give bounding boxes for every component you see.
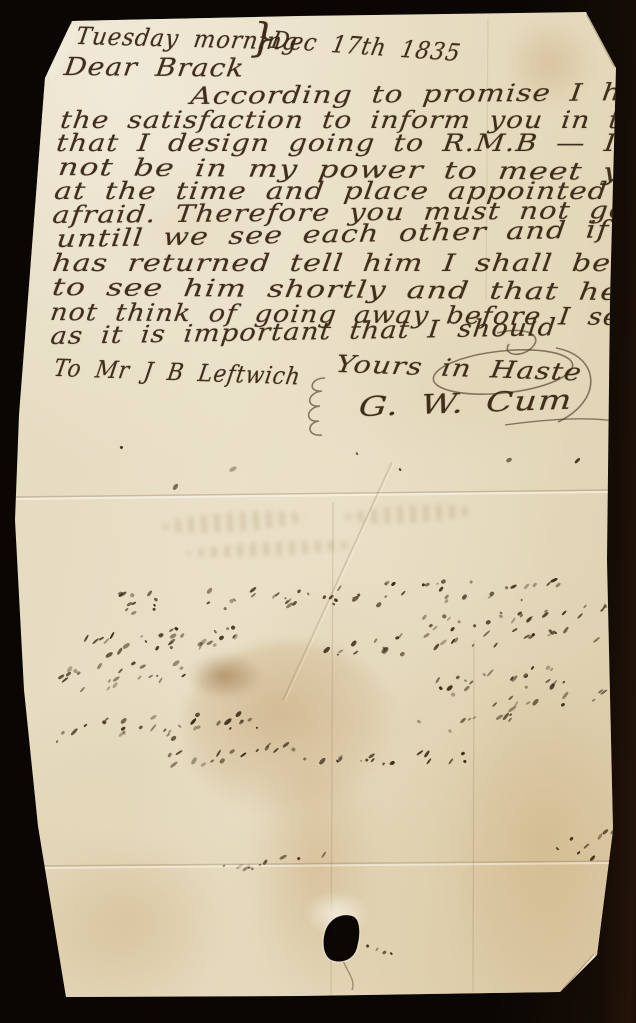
ink-bleed-band (78, 619, 239, 658)
ink-bleed-band (70, 440, 590, 490)
ink-bleed-band (88, 576, 558, 614)
ink-bleed-band (165, 738, 296, 769)
salutation: Dear Brack (63, 54, 247, 81)
ink-bleed-band (52, 657, 184, 692)
scan-background: Tuesday morning } Dec 17th 1835 Dear Bra… (0, 0, 636, 1023)
ink-bleed-band (530, 827, 632, 862)
body-line: has returned tell him I shall be up (51, 251, 636, 275)
ink-bleed-band (295, 750, 465, 768)
paper: Tuesday morning } Dec 17th 1835 Dear Bra… (0, 0, 636, 1023)
body-line: that I design going to R.M.B — It will (55, 131, 636, 155)
ink-bleed-band (220, 849, 351, 870)
signature: G. W. Cum (358, 387, 574, 422)
ink-bleed-band (52, 706, 283, 746)
body-line: According to promise I have (189, 80, 636, 108)
